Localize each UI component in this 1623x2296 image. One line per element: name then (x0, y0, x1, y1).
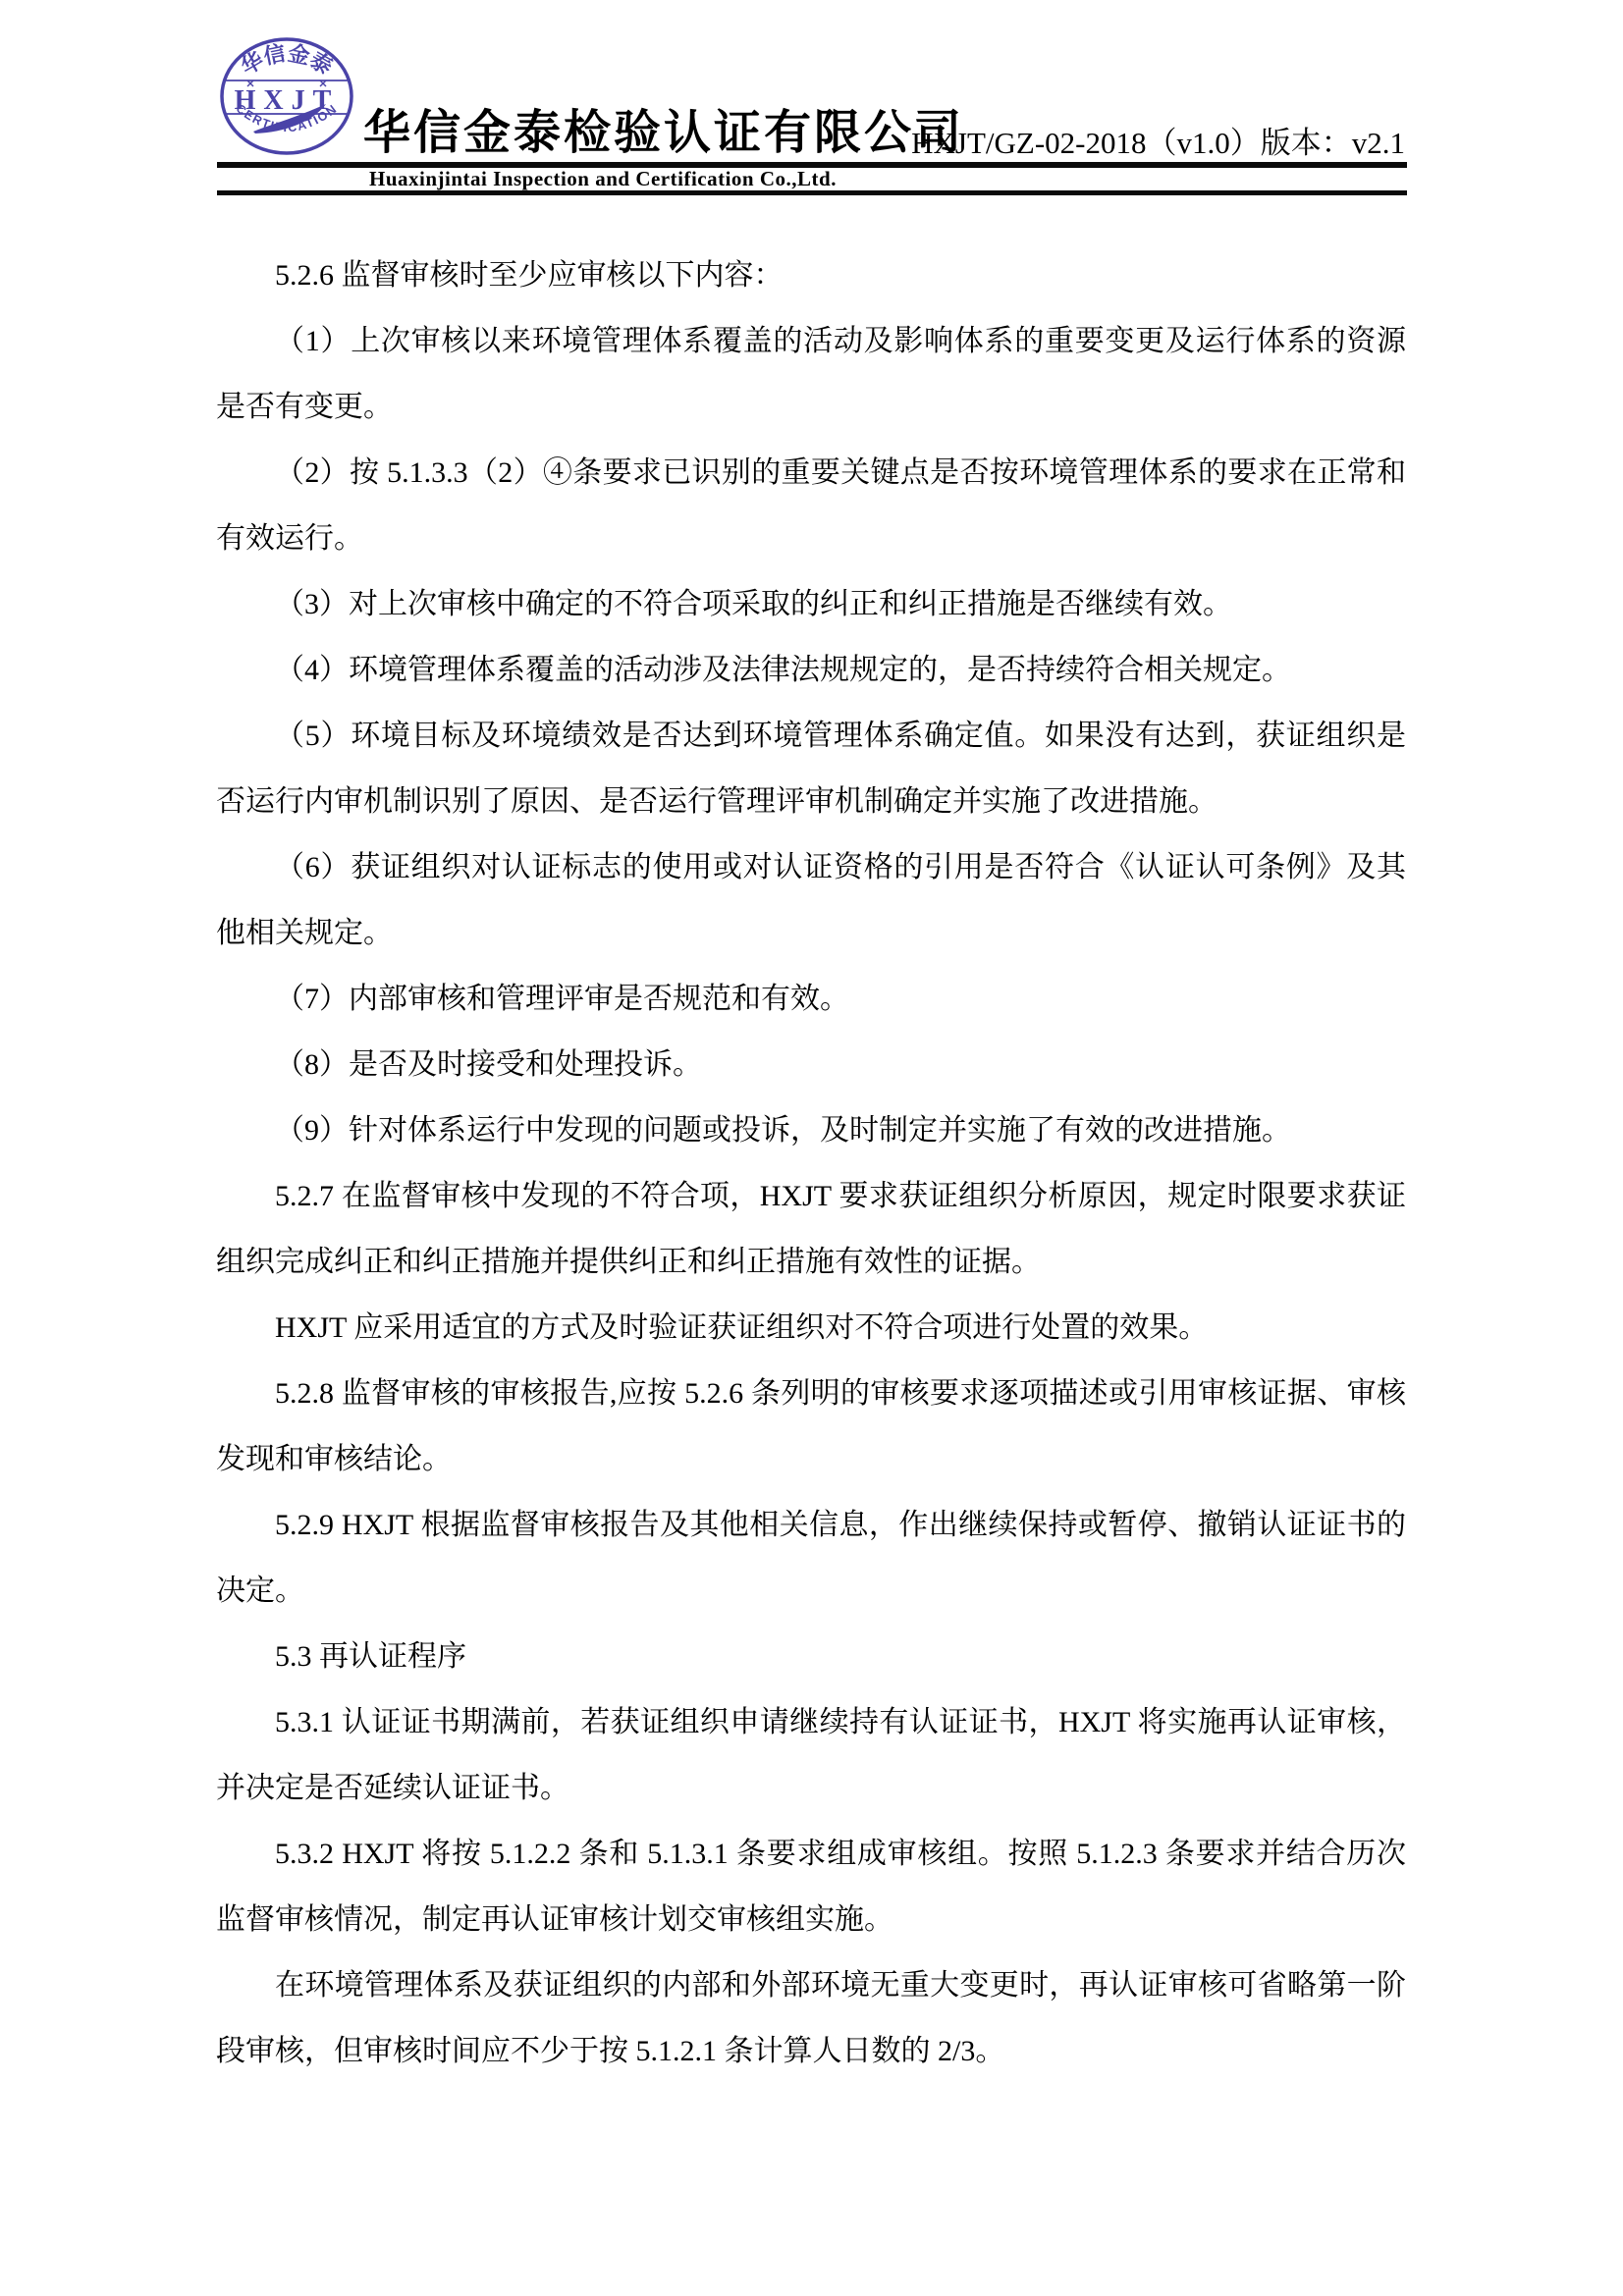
paragraph: （2）按 5.1.3.3（2）④条要求已识别的重要关键点是否按环境管理体系的要求… (216, 440, 1406, 571)
paragraph: 5.2.6 监督审核时至少应审核以下内容： (216, 242, 1406, 308)
document-body: 5.2.6 监督审核时至少应审核以下内容： （1）上次审核以来环境管理体系覆盖的… (216, 242, 1406, 2084)
paragraph: 5.2.7 在监督审核中发现的不符合项，HXJT 要求获证组织分析原因，规定时限… (216, 1163, 1406, 1295)
header-divider-bottom (217, 190, 1407, 195)
paragraph: HXJT 应采用适宜的方式及时验证获证组织对不符合项进行处置的效果。 (216, 1295, 1406, 1361)
document-code: HXJT/GZ-02-2018（v1.0）版本：v2.1 (911, 127, 1405, 160)
paragraph: 5.3 再认证程序 (216, 1624, 1406, 1689)
paragraph: 5.3.2 HXJT 将按 5.1.2.2 条和 5.1.3.1 条要求组成审核… (216, 1821, 1406, 1952)
paragraph: （1）上次审核以来环境管理体系覆盖的活动及影响体系的重要变更及运行体系的资源是否… (216, 308, 1406, 440)
paragraph: 5.2.8 监督审核的审核报告,应按 5.2.6 条列明的审核要求逐项描述或引用… (216, 1361, 1406, 1492)
paragraph: （8）是否及时接受和处理投诉。 (216, 1032, 1406, 1097)
company-seal-logo: 华信金泰 HXJT CERTIFICATION (218, 35, 355, 159)
paragraph: 在环境管理体系及获证组织的内部和外部环境无重大变更时，再认证审核可省略第一阶段审… (216, 1952, 1406, 2084)
paragraph: （9）针对体系运行中发现的问题或投诉，及时制定并实施了有效的改进措施。 (216, 1097, 1406, 1163)
paragraph: （7）内部审核和管理评审是否规范和有效。 (216, 966, 1406, 1032)
paragraph: （4）环境管理体系覆盖的活动涉及法律法规规定的，是否持续符合相关规定。 (216, 637, 1406, 703)
company-name-chinese: 华信金泰检验认证有限公司 (363, 108, 964, 160)
paragraph: 5.3.1 认证证书期满前，若获证组织申请继续持有认证证书，HXJT 将实施再认… (216, 1689, 1406, 1821)
paragraph: （3）对上次审核中确定的不符合项采取的纠正和纠正措施是否继续有效。 (216, 571, 1406, 637)
paragraph: 5.2.9 HXJT 根据监督审核报告及其他相关信息，作出继续保持或暂停、撤销认… (216, 1492, 1406, 1624)
company-name-english: Huaxinjintai Inspection and Certificatio… (369, 168, 837, 189)
document-page: 华信金泰 HXJT CERTIFICATION 华信金泰检验认证有限公司 HXJ… (0, 0, 1623, 2296)
page-header: 华信金泰 HXJT CERTIFICATION 华信金泰检验认证有限公司 HXJ… (0, 0, 1623, 206)
paragraph: （5）环境目标及环境绩效是否达到环境管理体系确定值。如果没有达到，获证组织是否运… (216, 703, 1406, 834)
paragraph: （6）获证组织对认证标志的使用或对认证资格的引用是否符合《认证认可条例》及其他相… (216, 834, 1406, 966)
